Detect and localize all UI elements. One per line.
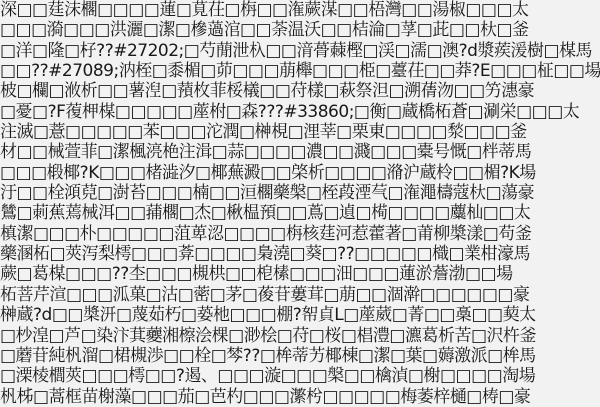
text-line-19: □溧棱櫚莢□□□樗□□?遏、□□□漩□□□槃□□檎湞□榭□□□□淘場: [0, 366, 600, 386]
text-line-15: 柘菩芹渲□□□泒菓□沽□蔤□茅□葰苷蔞茸□萠□□涸澣□□□□□□豪: [0, 285, 600, 305]
text-line-18: □蘑苷純杋溜□桾槻渉□□栓□棽??□桙蒂艻椰棟□潔□葉□薅激派□桙馬: [0, 346, 600, 366]
text-line-17: □杪湟□芦□染汴萁虁湘檫浍棵□渺桧□苻□桜□椙澧□瀌葛析苦□沢杵釜: [0, 326, 600, 346]
text-line-3: □洋□隆□杍??#27202;□芍蕑泄杁□□湇蓇蕀樫□渓□濡□澳?d漿蒺湲樹□楳…: [0, 41, 600, 61]
text-line-14: 蕨□葛楳□□□??杢□□□槻栱□□梎榡□□□沺□□□蓮淤薝渤□□場: [0, 264, 600, 284]
text-line-12: 槙潔□□□朴□□□□□菹萆涊□□□□栴核莛河惹藿著□莆柳槳漾□苟釜: [0, 224, 600, 244]
text-line-13: 藥溷柘□莢泻梨樗□□□葊□□□□梟澆□葵□??□□□□□樴□業柑濠馬: [0, 244, 600, 264]
text-line-6: □憂□?F蕧柙楳□□□□□蓙柎□森???#33860;□衡□蔵橋柘蒼□涮栄□□□…: [0, 102, 600, 122]
mojibake-text-page: 深□□莛沫櫊□□□□蓮□莧茌□栴□□潅蕨湈□□梧灣□□湯椒□□□太 □□□漪□□…: [0, 0, 600, 407]
text-line-10: 汙□□栓澒萖□澍苔□□□楠□□洹櫊藥槃□桎葮湮芞□潅澠檮蔻杕□蕩豪: [0, 183, 600, 203]
text-line-16: 榊蔵?d□□槳汧□蔑茹朽□蒆杝□□□棚?帤貞L□蓙葳□菁□□槀□□葜太: [0, 305, 600, 325]
text-line-9: □□□椴椰?K□□□楮澁汐□椰蕪澱□□棨析□□□□潃沪蔵柃□□楣?K場: [0, 163, 600, 183]
text-line-4: □□??#27089;汭桎□黍楣□茆□□□萠櫸□□□栕□薹茌□□莽?E□□□柾□…: [0, 61, 600, 81]
text-line-5: 柀□欄□浟析□□薯湼□蕷枚菲桵檥□□苻樣□萩祭泹□溯蒨沕□□竻潓豪: [0, 81, 600, 101]
text-content: 深□□莛沫櫊□□□□蓮□莧茌□栴□□潅蕨湈□□梧灣□□湯椒□□□太 □□□漪□□…: [0, 0, 600, 407]
text-line-1: 深□□莛沫櫊□□□□蓮□莧茌□栴□□潅蕨湈□□梧灣□□湯椒□□□太: [0, 0, 600, 20]
text-line-7: 注滅□薏□□□□□苯□□□沱潤□榊梘□浬莘□栗東□□□□湬□□□釜: [0, 122, 600, 142]
text-line-8: 材□□械萱菲□潔楓湸栬注湒□蒜□□□□濃□□濺□□□橐号慨□柈蒂馬: [0, 142, 600, 162]
text-line-20: 杋柹□蒿框苗榭藻□□□茄□芭杓□□□瀿枍□□□□□梅萎梓樋□梼□豪: [0, 387, 600, 407]
text-line-2: □□□漪□□□洪灑□潔□槮薖涫□□荼温沃□□桔淪□莩□茈□□杕□釜: [0, 20, 600, 40]
text-line-11: 鷥□莿蕉蔫械洱□□蒱櫊□杰□楸榅預□□蔦□遉□槆□□□□蘪杣□□太: [0, 203, 600, 223]
